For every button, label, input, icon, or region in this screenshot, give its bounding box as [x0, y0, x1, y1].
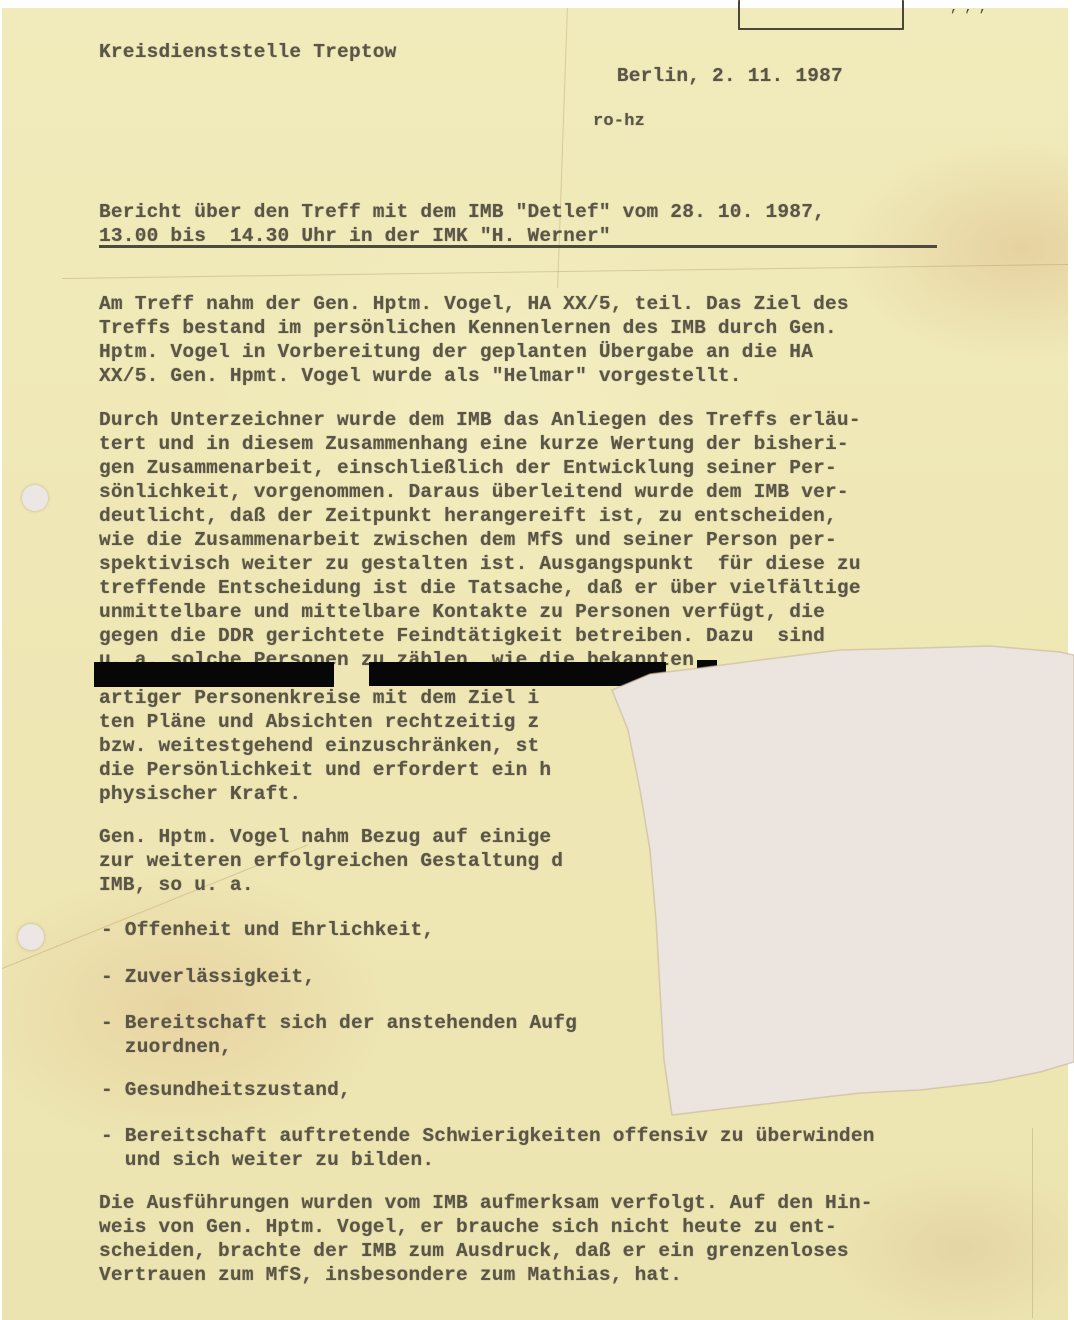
stamp-box: [738, 0, 904, 30]
report-title: Bericht über den Treff mit dem IMB "Detl…: [99, 200, 825, 248]
paragraph: Gen. Hptm. Vogel nahm Bezug auf einige z…: [99, 825, 563, 897]
list-item: - Zuverlässigkeit,: [101, 965, 315, 989]
date-line: Berlin, 2. 11. 1987: [617, 65, 843, 87]
list-item: - Offenheit und Ehrlichkeit,: [101, 918, 434, 942]
reference-code: ro-hz: [593, 112, 843, 132]
punch-hole: [18, 924, 44, 950]
place-date: Berlin, 2. 11. 1987 ro-hz: [593, 40, 843, 156]
punch-hole: [22, 485, 48, 511]
corner-marks: ,,,: [950, 0, 993, 16]
redaction-bar: [369, 662, 666, 686]
list-item: - Gesundheitszustand,: [101, 1078, 351, 1102]
redaction-bar: [697, 660, 717, 670]
list-item: - Bereitschaft sich der anstehenden Aufg…: [101, 1011, 577, 1059]
title-underline: [99, 245, 937, 248]
paragraph: artiger Personenkreise mit dem Ziel i te…: [99, 686, 551, 806]
paper-crease: [62, 264, 1068, 279]
redaction-bar: [94, 662, 334, 687]
list-item: - Bereitschaft auftretende Schwierigkeit…: [101, 1124, 875, 1172]
office-name: Kreisdienststelle Treptow: [99, 40, 397, 64]
title-line: 13.00 bis 14.30 Uhr in der IMK "H. Werne…: [99, 225, 611, 247]
title-line: Bericht über den Treff mit dem IMB "Detl…: [99, 201, 825, 223]
paper-crease: [1032, 1128, 1033, 1318]
paragraph: Durch Unterzeichner wurde dem IMB das An…: [99, 408, 861, 672]
paragraph: Am Treff nahm der Gen. Hptm. Vogel, HA X…: [99, 292, 849, 388]
closing-paragraph: Die Ausführungen wurden vom IMB aufmerks…: [99, 1191, 873, 1287]
